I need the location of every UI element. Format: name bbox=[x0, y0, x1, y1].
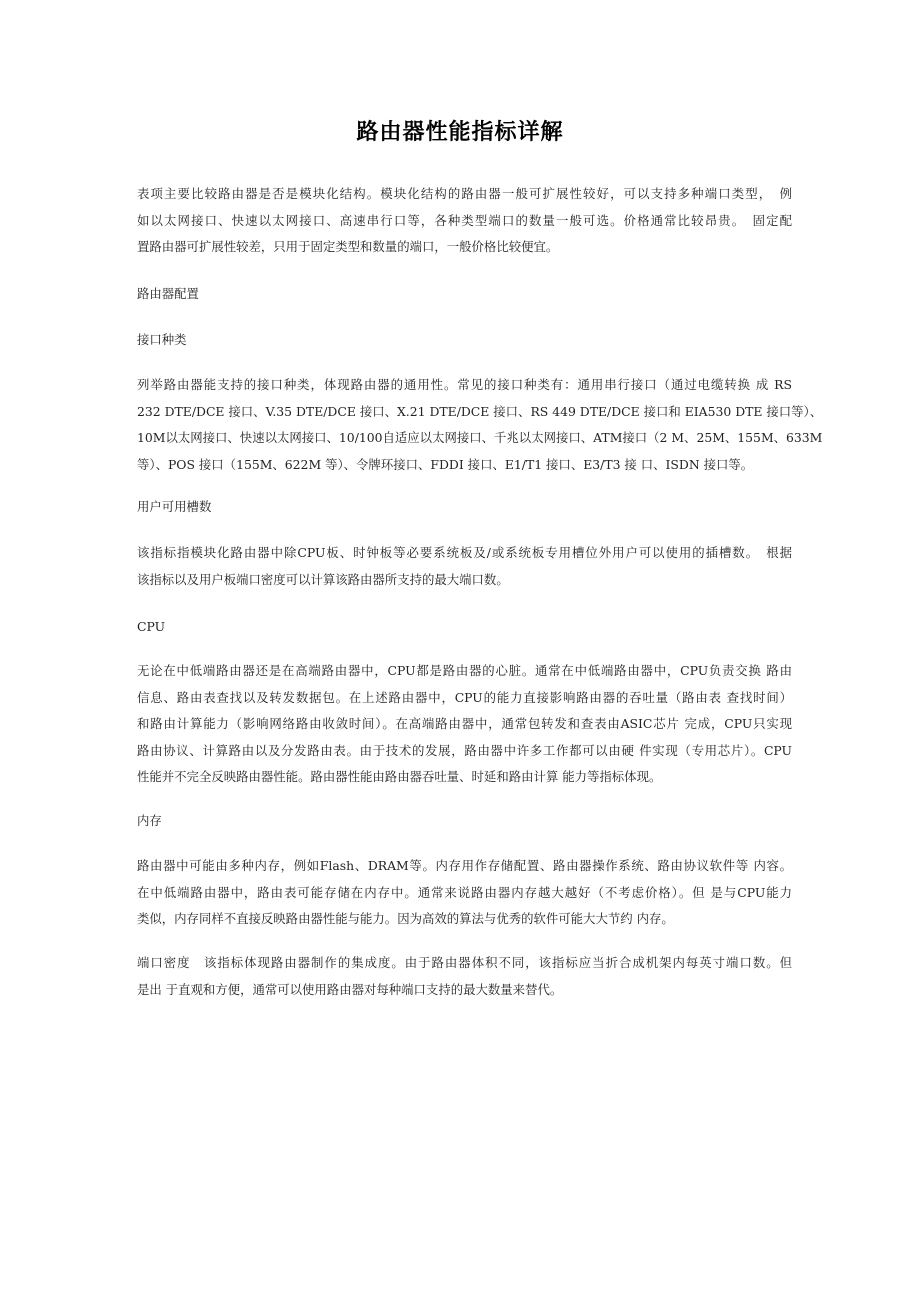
heading-memory: 内存 bbox=[137, 811, 162, 831]
paragraph-line: 置路由器可扩展性较差，只用于固定类型和数量的端口，一般价格比较便宜。 bbox=[137, 234, 792, 261]
heading-router-config: 路由器配置 bbox=[137, 284, 199, 304]
heading-cpu: CPU bbox=[137, 617, 165, 637]
paragraph-line: 232 DTE/DCE 接口、V.35 DTE/DCE 接口、X.21 DTE/… bbox=[137, 399, 792, 426]
paragraph-line: 无论在中低端路由器还是在高端路由器中，CPU都是路由器的心脏。通常在中低端路由器… bbox=[137, 658, 792, 685]
paragraph-line: 表项主要比较路由器是否是模块化结构。模块化结构的路由器一般可扩展性较好，可以支持… bbox=[137, 181, 792, 208]
paragraph-interface-types: 列举路由器能支持的接口种类，体现路由器的通用性。常见的接口种类有：通用串行接口（… bbox=[137, 372, 792, 478]
paragraph-line: 信息、路由表查找以及转发数据包。在上述路由器中，CPU的能力直接影响路由器的吞吐… bbox=[137, 685, 792, 712]
document-page: 路由器性能指标详解 表项主要比较路由器是否是模块化结构。模块化结构的路由器一般可… bbox=[0, 0, 920, 1302]
paragraph-line: 该指标以及用户板端口密度可以计算该路由器所支持的最大端口数。 bbox=[137, 567, 792, 594]
paragraph-line: 端口密度 该指标体现路由器制作的集成度。由于路由器体积不同，该指标应当折合成机架… bbox=[137, 950, 792, 977]
paragraph-line: 列举路由器能支持的接口种类，体现路由器的通用性。常见的接口种类有：通用串行接口（… bbox=[137, 372, 792, 399]
paragraph-memory: 路由器中可能由多种内存，例如Flash、DRAM等。内存用作存储配置、路由器操作… bbox=[137, 853, 792, 933]
paragraph-line: 类似，内存同样不直接反映路由器性能与能力。因为高效的算法与优秀的软件可能大大节约… bbox=[137, 906, 792, 933]
heading-interface-types: 接口种类 bbox=[137, 330, 187, 350]
paragraph-line: 10M以太网接口、快速以太网接口、10/100自适应以太网接口、千兆以太网接口、… bbox=[137, 425, 792, 452]
paragraph-line: 等）、POS 接口（155M、622M 等）、令牌环接口、FDDI 接口、E1/… bbox=[137, 452, 792, 479]
paragraph-port-density: 端口密度 该指标体现路由器制作的集成度。由于路由器体积不同，该指标应当折合成机架… bbox=[137, 950, 792, 1003]
paragraph-modularity: 表项主要比较路由器是否是模块化结构。模块化结构的路由器一般可扩展性较好，可以支持… bbox=[137, 181, 792, 261]
page-title: 路由器性能指标详解 bbox=[0, 117, 920, 149]
paragraph-line: 是出 于直观和方便，通常可以使用路由器对每种端口支持的最大数量来替代。 bbox=[137, 977, 792, 1004]
paragraph-line: 路由协议、计算路由以及分发路由表。由于技术的发展，路由器中许多工作都可以由硬 件… bbox=[137, 738, 792, 765]
paragraph-line: 该指标指模块化路由器中除CPU板、时钟板等必要系统板及/或系统板专用槽位外用户可… bbox=[137, 540, 792, 567]
paragraph-line: 性能并不完全反映路由器性能。路由器性能由路由器吞吐量、时延和路由计算 能力等指标… bbox=[137, 764, 792, 791]
paragraph-cpu: 无论在中低端路由器还是在高端路由器中，CPU都是路由器的心脏。通常在中低端路由器… bbox=[137, 658, 792, 791]
paragraph-line: 如以太网接口、快速以太网接口、高速串行口等，各种类型端口的数量一般可选。价格通常… bbox=[137, 208, 792, 235]
paragraph-user-slots: 该指标指模块化路由器中除CPU板、时钟板等必要系统板及/或系统板专用槽位外用户可… bbox=[137, 540, 792, 593]
paragraph-line: 和路由计算能力（影响网络路由收敛时间）。在高端路由器中，通常包转发和查表由ASI… bbox=[137, 711, 792, 738]
paragraph-line: 在中低端路由器中，路由表可能存储在内存中。通常来说路由器内存越大越好（不考虑价格… bbox=[137, 880, 792, 907]
heading-user-slots: 用户可用槽数 bbox=[137, 497, 211, 517]
paragraph-line: 路由器中可能由多种内存，例如Flash、DRAM等。内存用作存储配置、路由器操作… bbox=[137, 853, 792, 880]
